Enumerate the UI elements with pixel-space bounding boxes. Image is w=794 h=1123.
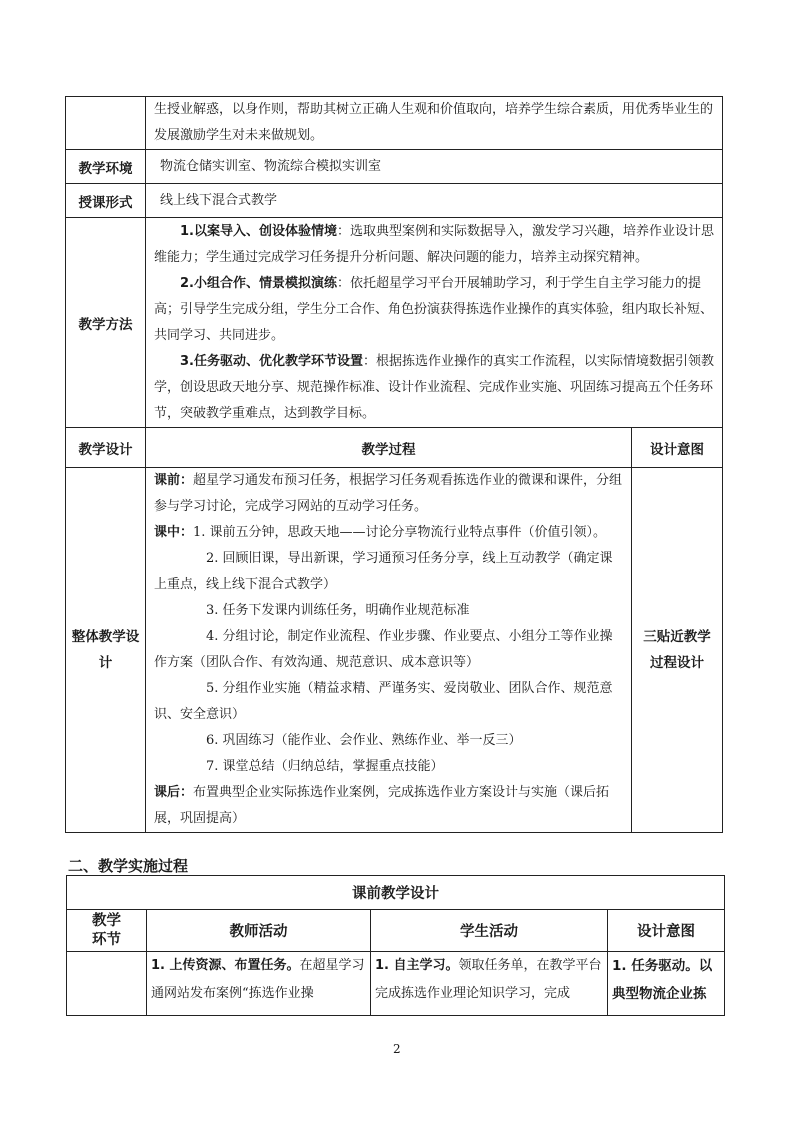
design-header-col2: 教学过程	[146, 428, 632, 468]
during-step-2: 2. 回顾旧课，导出新课，学习通预习任务分享，线上互动教学（确定课上重点，线上线…	[154, 546, 625, 598]
pre-class-design-table: 课前教学设计 教学环节 教师活动 学生活动 设计意图 1. 上传资源、布置任务。…	[66, 875, 725, 1016]
header-student: 学生活动	[371, 910, 608, 952]
method-item-2: 2.小组合作、情景模拟演练：依托超星学习平台开展辅助学习，利于学生自主学习能力的…	[154, 271, 716, 349]
during-step-6: 6. 巩固练习（能作业、会作业、熟练作业、举一反三）	[154, 728, 625, 754]
table-row: 1. 上传资源、布置任务。在超星学习通网站发布案例“拣选作业操 1. 自主学习。…	[67, 952, 725, 1016]
during-step-7: 7. 课堂总结（归纳总结，掌握重点技能）	[154, 754, 625, 780]
env-row: 教学环境 物流仓储实训室、物流综合模拟实训室	[66, 150, 723, 184]
form-label: 授课形式	[66, 184, 146, 218]
header-stage: 教学环节	[67, 910, 147, 952]
table-title: 课前教学设计	[67, 876, 725, 910]
method-item-1: 1.以案导入、创设体验情境：选取典型案例和实际数据导入，激发学习兴趣，培养作业设…	[154, 219, 716, 271]
before-class: 课前：超星学习通发布预习任务，根据学习任务观看拣选作业的微课和课件，分组参与学习…	[154, 468, 625, 520]
page-number: 2	[393, 1042, 401, 1056]
empty-label-cell	[66, 97, 146, 150]
method-item-3: 3.任务驱动、优化教学环节设置：根据拣选作业操作的真实工作流程，以实际情境数据引…	[154, 349, 716, 427]
design-header-col3: 设计意图	[632, 428, 723, 468]
teacher-activity: 1. 上传资源、布置任务。在超星学习通网站发布案例“拣选作业操	[147, 952, 371, 1016]
env-label: 教学环境	[66, 150, 146, 184]
methods-label: 教学方法	[66, 218, 146, 428]
methods-row: 教学方法 1.以案导入、创设体验情境：选取典型案例和实际数据导入，激发学习兴趣，…	[66, 218, 723, 428]
header-intent: 设计意图	[608, 910, 725, 952]
continuation-text: 生授业解惑，以身作则，帮助其树立正确人生观和价值取向，培养学生综合素质，用优秀毕…	[146, 97, 723, 150]
during-class: 课中：1. 课前五分钟，思政天地——讨论分享物流行业特点事件（价值引领）。	[154, 520, 625, 546]
env-value: 物流仓储实训室、物流综合模拟实训室	[146, 150, 723, 184]
lesson-overview-table: 生授业解惑，以身作则，帮助其树立正确人生观和价值取向，培养学生综合素质，用优秀毕…	[65, 96, 723, 833]
form-value: 线上线下混合式教学	[146, 184, 723, 218]
student-activity: 1. 自主学习。领取任务单，在教学平台完成拣选作业理论知识学习，完成	[371, 952, 608, 1016]
design-header-col1: 教学设计	[66, 428, 146, 468]
overall-label: 整体教学设计	[66, 468, 146, 833]
after-class: 课后：布置典型企业实际拣选作业案例，完成拣选作业方案设计与实施（课后拓展，巩固提…	[154, 780, 625, 832]
during-step-5: 5. 分组作业实施（精益求精、严谨务实、爱岗敬业、团队合作、规范意识、安全意识）	[154, 676, 625, 728]
table-title-row: 课前教学设计	[67, 876, 725, 910]
section-heading: 二、教学实施过程	[68, 855, 188, 876]
design-header-row: 教学设计 教学过程 设计意图	[66, 428, 723, 468]
overall-intent: 三贴近教学过程设计	[632, 468, 723, 833]
table-header-row: 教学环节 教师活动 学生活动 设计意图	[67, 910, 725, 952]
during-step-4: 4. 分组讨论，制定作业流程、作业步骤、作业要点、小组分工等作业操作方案（团队合…	[154, 624, 625, 676]
design-intent: 1. 任务驱动。以典型物流企业拣	[608, 952, 725, 1016]
during-step-3: 3. 任务下发课内训练任务，明确作业规范标准	[154, 598, 625, 624]
stage-cell	[67, 952, 147, 1016]
overall-process: 课前：超星学习通发布预习任务，根据学习任务观看拣选作业的微课和课件，分组参与学习…	[146, 468, 632, 833]
continuation-row: 生授业解惑，以身作则，帮助其树立正确人生观和价值取向，培养学生综合素质，用优秀毕…	[66, 97, 723, 150]
header-teacher: 教师活动	[147, 910, 371, 952]
methods-content: 1.以案导入、创设体验情境：选取典型案例和实际数据导入，激发学习兴趣，培养作业设…	[146, 218, 723, 428]
overall-design-row: 整体教学设计 课前：超星学习通发布预习任务，根据学习任务观看拣选作业的微课和课件…	[66, 468, 723, 833]
form-row: 授课形式 线上线下混合式教学	[66, 184, 723, 218]
